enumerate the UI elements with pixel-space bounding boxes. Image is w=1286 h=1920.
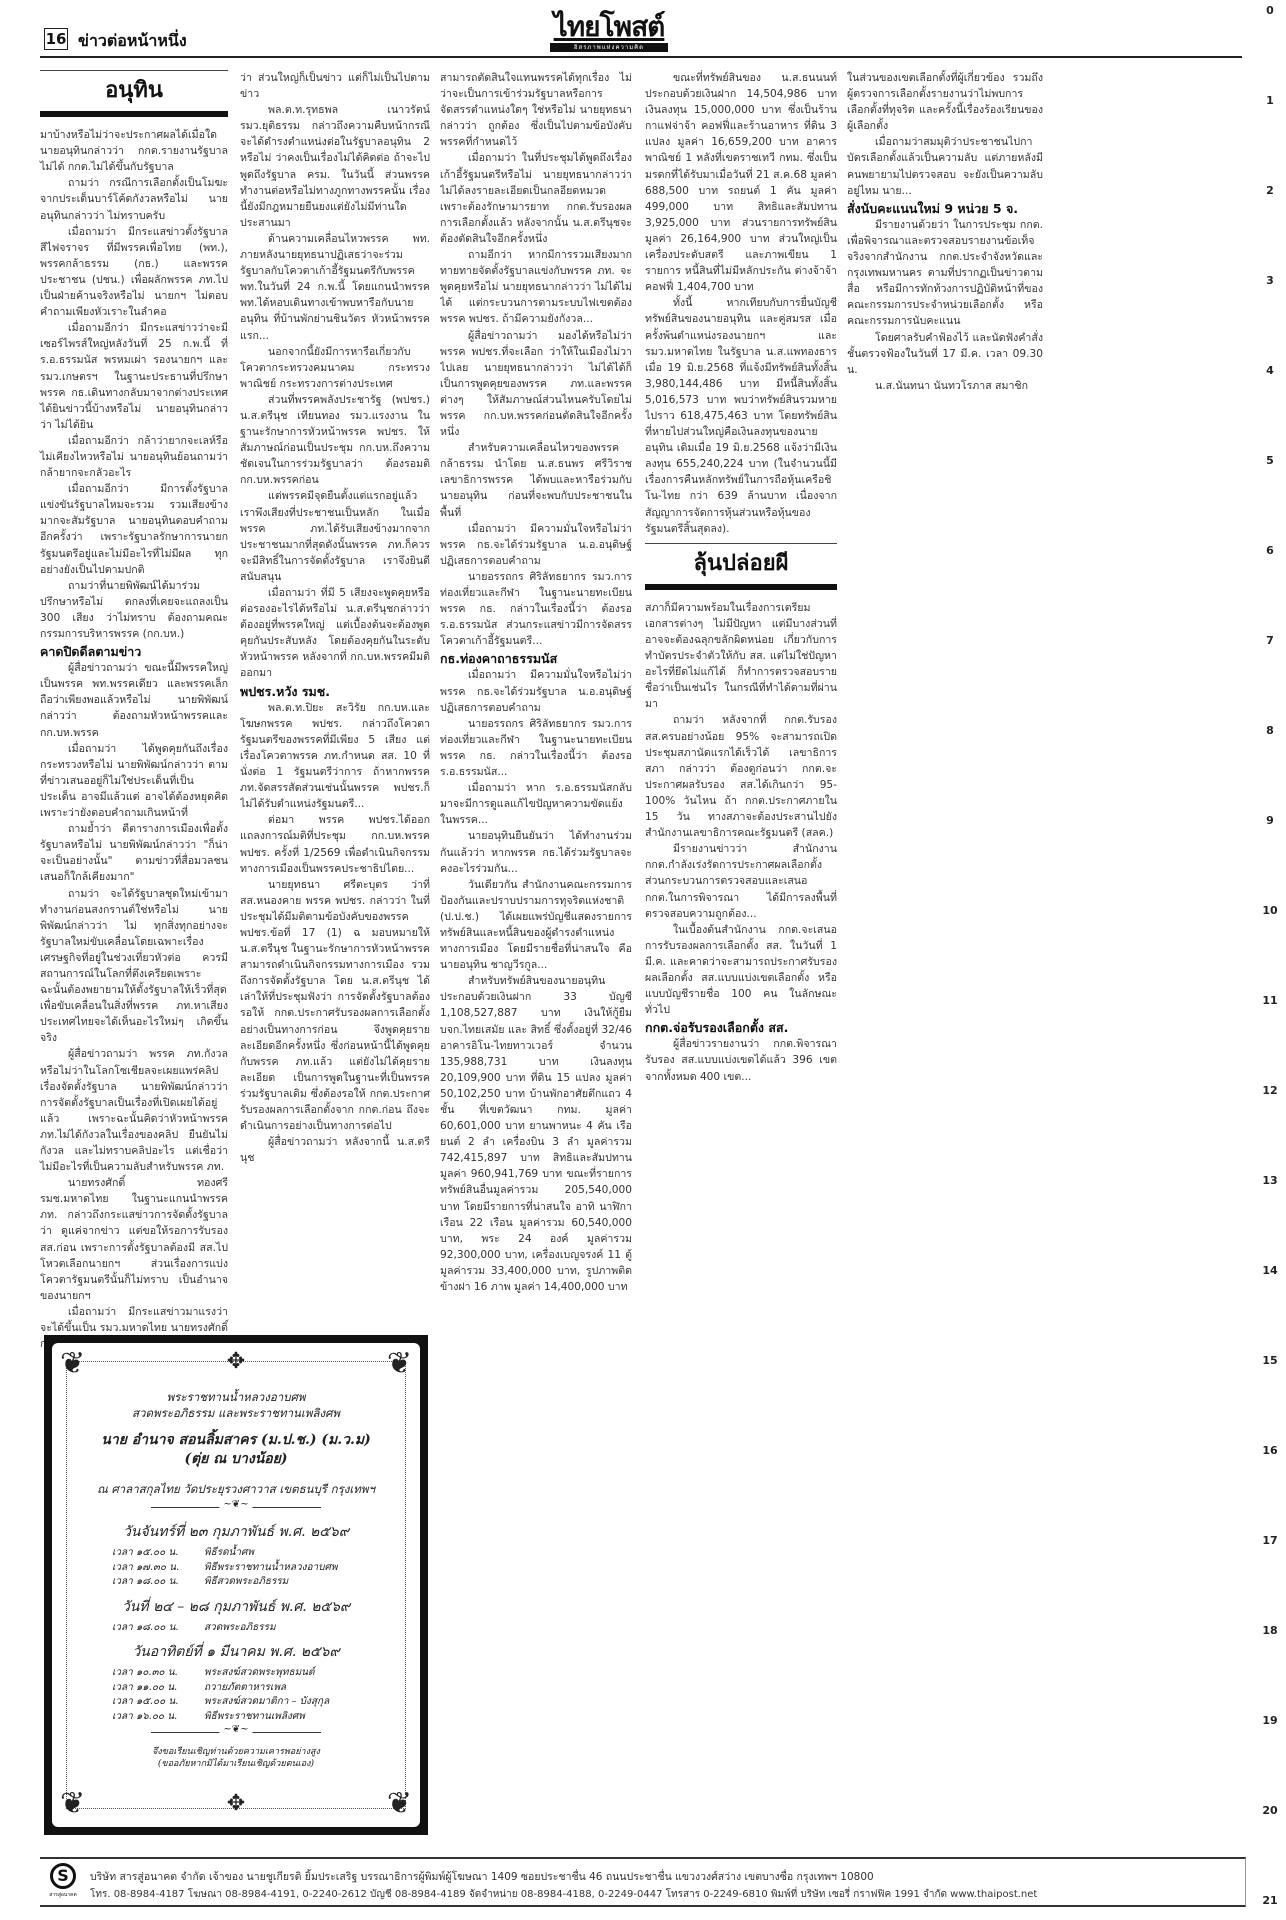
venue: ณ ศาลาสกุลไทย วัดประยุรวงศาวาส เขตธนบุรี…	[74, 1481, 398, 1499]
schedule-row: เวลา ๑๕.๐๐ น.พิธีรดน้ำศพ	[74, 1546, 398, 1561]
paragraph: นอกจากนี้ยังมีการหารือเกี่ยวกับโควตากระท…	[240, 344, 430, 392]
paragraph: เมื่อถามว่า มีกระแสข่าวตั้งรัฐบาลสีไฟจรา…	[40, 224, 228, 321]
paragraph: เมื่อถามว่า ในที่ประชุมได้พูดถึงเรื่องเก…	[440, 150, 632, 247]
masthead-logo: ไทยโพสต์	[550, 12, 668, 42]
paragraph: ผู้สื่อข่าวรายงานว่า กกต.พิจารณารับรอง ส…	[645, 1036, 837, 1084]
ornament-corner-icon: ❦	[387, 1349, 412, 1379]
funeral-notice-inner: ❦ ❦ ❦ ❦ ✥ ✥ พระราชทานน้ำหลวงอาบศพ สวดพระ…	[52, 1343, 420, 1827]
paragraph: ผู้สื่อข่าวถามว่า มองได้หรือไม่ว่าพรรค พ…	[440, 328, 632, 441]
column-heading: ลุ้นปล่อยผี	[645, 556, 837, 572]
subheading: สั่งนับคะแนนใหม่ 9 หน่วย 5 จ.	[847, 201, 1043, 217]
paragraph: ว่า ส่วนใหญ่ก็เป็นข่าว แต่ก็ไม่เป็นไปตาม…	[240, 70, 430, 102]
header-rule	[40, 56, 1242, 58]
paragraph: ถามอีกว่า หากมีการรวมเสียงมากทายทายจัดตั…	[440, 247, 632, 327]
masthead: ไทยโพสต์ อิสรภาพแห่งความคิด	[550, 12, 668, 52]
line-number: 7	[1258, 634, 1282, 647]
paragraph: สภาก็มีความพร้อมในเรื่องการเตรียมเอกสารต…	[645, 600, 837, 713]
event: พระสงฆ์สวดพระพุทธมนต์	[204, 1666, 315, 1681]
page-number: 16	[44, 28, 68, 50]
paragraph: สามารถตัดสินใจแทนพรรคได้ทุกเรื่อง ไม่ว่า…	[440, 70, 632, 150]
paragraph: มาบ้างหรือไม่ว่าจะประกาศผลได้เมื่อใด นาย…	[40, 127, 228, 175]
event: พิธีพระราชทานน้ำหลวงอาบศพ	[204, 1561, 337, 1576]
line-number: 15	[1258, 1354, 1282, 1367]
paragraph: ผู้สื่อข่าวถามว่า ขณะนี้มีพรรคใหญ่เป็นพร…	[40, 660, 228, 740]
invitation-line: จึงขอเรียนเชิญท่านด้วยความเคารพอย่างสูง	[74, 1746, 398, 1758]
paragraph: เมื่อถามว่า หาก ร.อ.ธรรมนัสกลับมาจะมีการ…	[440, 780, 632, 828]
column-2: ว่า ส่วนใหญ่ก็เป็นข่าว แต่ก็ไม่เป็นไปตาม…	[240, 70, 430, 1330]
paragraph: ส่วนที่พรรคพลังประชารัฐ (พปชร.) น.ส.ตรีน…	[240, 392, 430, 489]
ornament-top-icon: ✥	[227, 1351, 245, 1373]
schedule-row: เวลา ๑๐.๓๐ น.พระสงฆ์สวดพระพุทธมนต์	[74, 1666, 398, 1681]
ornament-corner-icon: ❦	[60, 1789, 85, 1819]
column-3: สามารถตัดสินใจแทนพรรคได้ทุกเรื่อง ไม่ว่า…	[440, 70, 632, 1840]
apology-line: (ขออภัยหากมิได้มาเรียนเชิญด้วยตนเอง)	[74, 1758, 398, 1770]
paragraph: ผู้สื่อข่าวถามว่า หลังจากนี้ น.ส.ตรีนุช	[240, 1134, 430, 1166]
paragraph: เมื่อถามว่า มีความมั่นใจหรือไม่ว่าพรรค ก…	[440, 521, 632, 569]
paragraph: ผู้สื่อข่าวถามว่า พรรค ภท.กังวลหรือไม่ว่…	[40, 1046, 228, 1175]
heading-anutin: อนุทิน	[40, 70, 228, 117]
notice-title: พระราชทานน้ำหลวงอาบศพ	[74, 1389, 398, 1405]
line-number: 3	[1258, 274, 1282, 287]
paragraph: มีรายงานด้วยว่า ในการประชุม กกต. เพื่อพิ…	[847, 217, 1043, 330]
publisher-info: บริษัท สารสู่อนาคต จำกัด เจ้าของ นายชูเก…	[90, 1868, 874, 1885]
line-number: 16	[1258, 1444, 1282, 1457]
paragraph: ถามย้ำว่า ตีตารางการเมืองเพื่อตั้งรัฐบาล…	[40, 821, 228, 885]
divider	[151, 1732, 321, 1738]
event: พิธีพระราชทานเพลิงศพ	[204, 1710, 305, 1725]
subheading: กธ.ท่องคาถาธรรมนัส	[440, 651, 632, 667]
paragraph: เมื่อถามว่า ได้พูดคุยกันถึงเรื่องกระทรวง…	[40, 741, 228, 821]
line-number: 13	[1258, 1174, 1282, 1187]
time: เวลา ๑๗.๓๐ น.	[112, 1561, 204, 1576]
paragraph: ถามว่าที่นายพิพัฒน์ได้มาร่วมปรึกษาหรือไม…	[40, 578, 228, 642]
line-number: 6	[1258, 544, 1282, 557]
paragraph: สำหรับความเคลื่อนไหวของพรรคกล้าธรรม นำโด…	[440, 440, 632, 520]
subheading: กกต.จ่อรับรองเลือกตั้ง สส.	[645, 1020, 837, 1036]
day-heading: วันที่ ๒๔ – ๒๘ กุมภาพันธ์ พ.ศ. ๒๕๖๙	[74, 1596, 398, 1618]
paragraph: ขณะที่ทรัพย์สินของ น.ส.ธนนนท์ ประกอบด้วย…	[645, 70, 837, 295]
notice-title-2: สวดพระอภิธรรม และพระราชทานเพลิงศพ	[74, 1405, 398, 1421]
heading-lun-ploy-phi: ลุ้นปล่อยผี	[645, 543, 837, 590]
line-number: 2	[1258, 184, 1282, 197]
line-number: 1	[1258, 94, 1282, 107]
time: เวลา ๑๕.๐๐ น.	[112, 1546, 204, 1561]
line-number: 8	[1258, 724, 1282, 737]
line-number: 9	[1258, 814, 1282, 827]
event: พระสงฆ์สวดมาติกา – บังสุกุล	[204, 1695, 329, 1710]
paragraph: เมื่อถามว่า ที่มี 5 เสียงจะพูดคุยหรือต่อ…	[240, 585, 430, 682]
day-heading: วันจันทร์ที่ ๒๓ กุมภาพันธ์ พ.ศ. ๒๕๖๙	[74, 1521, 398, 1543]
publisher-footer: S สารสู่อนาคต บริษัท สารสู่อนาคต จำกัด เ…	[40, 1857, 1246, 1907]
paragraph: นายทรงศักดิ์ ทองศรี รมช.มหาดไทย ในฐานะแก…	[40, 1175, 228, 1304]
ornament-corner-icon: ❦	[60, 1349, 85, 1379]
paragraph: ทั้งนี้ หากเทียบกับการยื่นบัญชีทรัพย์สิน…	[645, 295, 837, 536]
line-number: 5	[1258, 454, 1282, 467]
day-heading: วันอาทิตย์ที่ ๑ มีนาคม พ.ศ. ๒๕๖๙	[74, 1641, 398, 1663]
paragraph: นายอรรถกร ศิริลัทธยากร รมว.การท่องเที่ยว…	[440, 569, 632, 649]
column-heading: อนุทิน	[40, 83, 228, 99]
divider	[151, 1507, 321, 1513]
paragraph: เมื่อถามอีกว่า มีการตั้งรัฐบาลแข่งขันรัฐ…	[40, 481, 228, 578]
newspaper-page: 16 ข่าวต่อหน้าหนึ่ง ไทยโพสต์ อิสรภาพแห่ง…	[0, 0, 1286, 1920]
paragraph: นายอรรถกร ศิริลัทธยากร รมว.การท่องเที่ยว…	[440, 716, 632, 780]
time: เวลา ๑๑.๐๐ น.	[112, 1681, 204, 1696]
event: พิธีสวดพระอภิธรรม	[204, 1575, 288, 1590]
paragraph: แต่พรรคมีจุดยืนตั้งแต่แรกอยู่แล้ว เราพึง…	[240, 488, 430, 585]
logo-s-icon: S	[50, 1863, 76, 1889]
paragraph: พล.ต.ท.ปิยะ สะวิรัย กก.บห.และโฆษกพรรค พป…	[240, 700, 430, 813]
logo-caption: สารสู่อนาคต	[48, 1891, 78, 1899]
schedule-row: เวลา ๑๘.๐๐ น.สวดพระอภิธรรม	[74, 1621, 398, 1636]
paragraph: นายยุทธนา ศรีตะบุตร ว่าที่ สส.หนองคาย พร…	[240, 877, 430, 1135]
paragraph: เมื่อถามว่าสมมุติว่าประชาชนไปกาบัตรเลือก…	[847, 134, 1043, 198]
event: สวดพระอภิธรรม	[204, 1621, 276, 1636]
funeral-notice: ❦ ❦ ❦ ❦ ✥ ✥ พระราชทานน้ำหลวงอาบศพ สวดพระ…	[44, 1335, 428, 1835]
paragraph: พล.ต.ท.รุทธพล เนาวรัตน์ รมว.ยุติธรรม กล่…	[240, 102, 430, 231]
time: เวลา ๑๖.๐๐ น.	[112, 1710, 204, 1725]
line-number: 17	[1258, 1534, 1282, 1547]
paragraph: ถามว่า จะได้รัฐบาลชุดใหม่เข้ามาทำงานก่อน…	[40, 886, 228, 1047]
paragraph: โดยศาลรับคำฟ้องไว้ และนัดฟังคำสั่งชั้นตร…	[847, 330, 1043, 378]
line-number: 20	[1258, 1804, 1282, 1817]
ornament-corner-icon: ❦	[387, 1789, 412, 1819]
line-number: 21	[1258, 1894, 1282, 1907]
column-1: อนุทิน มาบ้างหรือไม่ว่าจะประกาศผลได้เมื่…	[40, 70, 228, 1352]
line-number: 14	[1258, 1264, 1282, 1277]
deceased-nickname: (ตุ่ย ณ บางน้อย)	[74, 1450, 398, 1469]
paragraph: ด้านความเคลื่อนไหวพรรค พท. ภายหลังนายยุท…	[240, 231, 430, 344]
ornament-bottom-icon: ✥	[227, 1793, 245, 1815]
paragraph: ในส่วนของเขตเลือกตั้งที่ผู้เกี่ยวข้อง รว…	[847, 70, 1043, 134]
masthead-tagline: อิสรภาพแห่งความคิด	[550, 43, 668, 52]
page-header: 16 ข่าวต่อหน้าหนึ่ง ไทยโพสต์ อิสรภาพแห่ง…	[40, 26, 1242, 56]
contact-info: โทร. 08-8984-4187 โฆษณา 08-8984-4191, 0-…	[90, 1887, 1037, 1902]
subheading: พปชร.หวัง รมช.	[240, 684, 430, 700]
paragraph: นายอนุทินยืนยันว่า ได้ทำงานร่วมกันแล้วว่…	[440, 828, 632, 876]
paragraph: ถามว่า กรณีการเลือกตั้งเป็นโมฆะจากประเด็…	[40, 175, 228, 223]
subheading: คาดปิดดีลตามข่าว	[40, 644, 228, 660]
event: พิธีรดน้ำศพ	[204, 1546, 254, 1561]
paragraph: ในเบื้องต้นสำนักงาน กกต.จะเสนอการรับรองผ…	[645, 922, 837, 1019]
time: เวลา ๑๘.๐๐ น.	[112, 1621, 204, 1636]
paragraph: มีรายงานข่าวว่า สำนักงาน กกต.กำลังเร่งรั…	[645, 841, 837, 921]
paragraph: ถามว่า หลังจากที่ กกต.รับรอง สส.ครบอย่าง…	[645, 712, 837, 841]
publisher-logo: S สารสู่อนาคต	[48, 1863, 78, 1903]
paragraph: เมื่อถามอีกว่า กล้าว่ายากจะเลห์รือไม่เคี…	[40, 433, 228, 481]
signature: น.ส.นันทนา นันทวโรภาส สมาชิก	[847, 378, 1043, 394]
paragraph: วันเดียวกัน สำนักงานคณะกรรมการป้องกันและ…	[440, 877, 632, 974]
column-5: ในส่วนของเขตเลือกตั้งที่ผู้เกี่ยวข้อง รว…	[847, 70, 1043, 1840]
line-number: 0	[1258, 4, 1282, 17]
column-4: ขณะที่ทรัพย์สินของ น.ส.ธนนนท์ ประกอบด้วย…	[645, 70, 837, 1840]
time: เวลา ๑๐.๓๐ น.	[112, 1666, 204, 1681]
line-number: 11	[1258, 994, 1282, 1007]
time: เวลา ๑๘.๐๐ น.	[112, 1575, 204, 1590]
line-number: 18	[1258, 1624, 1282, 1637]
deceased-name: นาย อำนาจ สอนลิ้มสาคร (ม.ป.ช.) (ม.ว.ม)	[74, 1431, 398, 1450]
paragraph: เมื่อถามว่า มีความมั่นใจหรือไม่ว่าพรรค ก…	[440, 667, 632, 715]
line-number: 10	[1258, 904, 1282, 917]
time: เวลา ๑๕.๐๐ น.	[112, 1695, 204, 1710]
paragraph: เมื่อถามอีกว่า มีกระแสข่าวว่าจะมีเซอร์ไพ…	[40, 320, 228, 433]
section-title: ข่าวต่อหน้าหนึ่ง	[78, 29, 187, 54]
schedule-row: เวลา ๑๘.๐๐ น.พิธีสวดพระอภิธรรม	[74, 1575, 398, 1590]
line-number: 4	[1258, 364, 1282, 377]
line-number: 19	[1258, 1714, 1282, 1727]
schedule-row: เวลา ๑๗.๓๐ น.พิธีพระราชทานน้ำหลวงอาบศพ	[74, 1561, 398, 1576]
event: ถวายภัตตาหารเพล	[204, 1681, 286, 1696]
schedule-row: เวลา ๑๖.๐๐ น.พิธีพระราชทานเพลิงศพ	[74, 1710, 398, 1725]
paragraph: สำหรับทรัพย์สินของนายอนุทิน ประกอบด้วยเง…	[440, 973, 632, 1295]
schedule-row: เวลา ๑๕.๐๐ น.พระสงฆ์สวดมาติกา – บังสุกุล	[74, 1695, 398, 1710]
line-number: 12	[1258, 1084, 1282, 1097]
schedule-row: เวลา ๑๑.๐๐ น.ถวายภัตตาหารเพล	[74, 1681, 398, 1696]
paragraph: ต่อมา พรรค พปชร.ได้ออกแถลงการณ์มติที่ประ…	[240, 812, 430, 876]
